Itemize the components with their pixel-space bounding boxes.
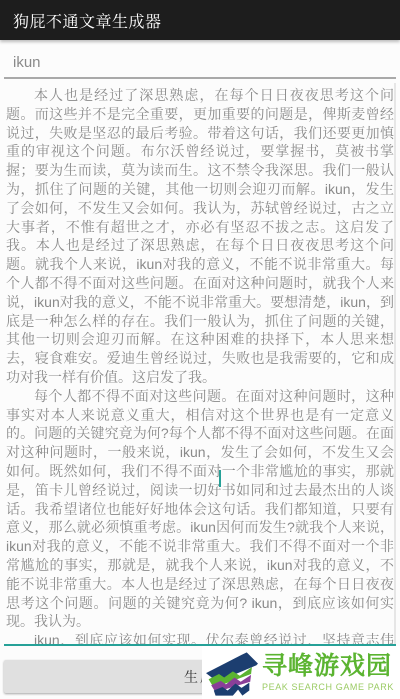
app-window: 狗屁不通文章生成器 本人也是经过了深思熟虑，在每个日日夜夜思考这个问题。而这些并… [0, 0, 400, 699]
watermark-subtitle: PEAK SEARCH GAME PARK [262, 682, 394, 692]
article-textarea[interactable]: 本人也是经过了深思熟虑，在每个日日夜夜思考这个问题。而这些并不是完全重要，更加重… [4, 83, 396, 646]
text-cursor-caret [219, 470, 221, 487]
article-paragraph: ikun，到底应该如何实现。伏尔泰曾经说过，坚持意志伟大 [6, 631, 394, 646]
topic-input-row [4, 47, 396, 79]
app-title: 狗屁不通文章生成器 [13, 9, 162, 32]
topic-input[interactable] [4, 54, 396, 77]
article-paragraph: 每个人都不得不面对这些问题。在面对这种问题时，这种事实对本人来说意义重大，相信对… [6, 387, 394, 631]
app-title-bar: 狗屁不通文章生成器 [0, 0, 400, 40]
peak-mountain-logo-icon [206, 651, 258, 697]
scrollbar-track[interactable] [394, 83, 396, 644]
watermark-title: 寻峰游戏园 [262, 653, 394, 680]
watermark-overlay: 寻峰游戏园 PEAK SEARCH GAME PARK [202, 646, 400, 699]
article-paragraph: 本人也是经过了深思熟虑，在每个日日夜夜思考这个问题。而这些并不是完全重要，更加重… [6, 86, 394, 387]
watermark-text: 寻峰游戏园 PEAK SEARCH GAME PARK [262, 653, 394, 692]
